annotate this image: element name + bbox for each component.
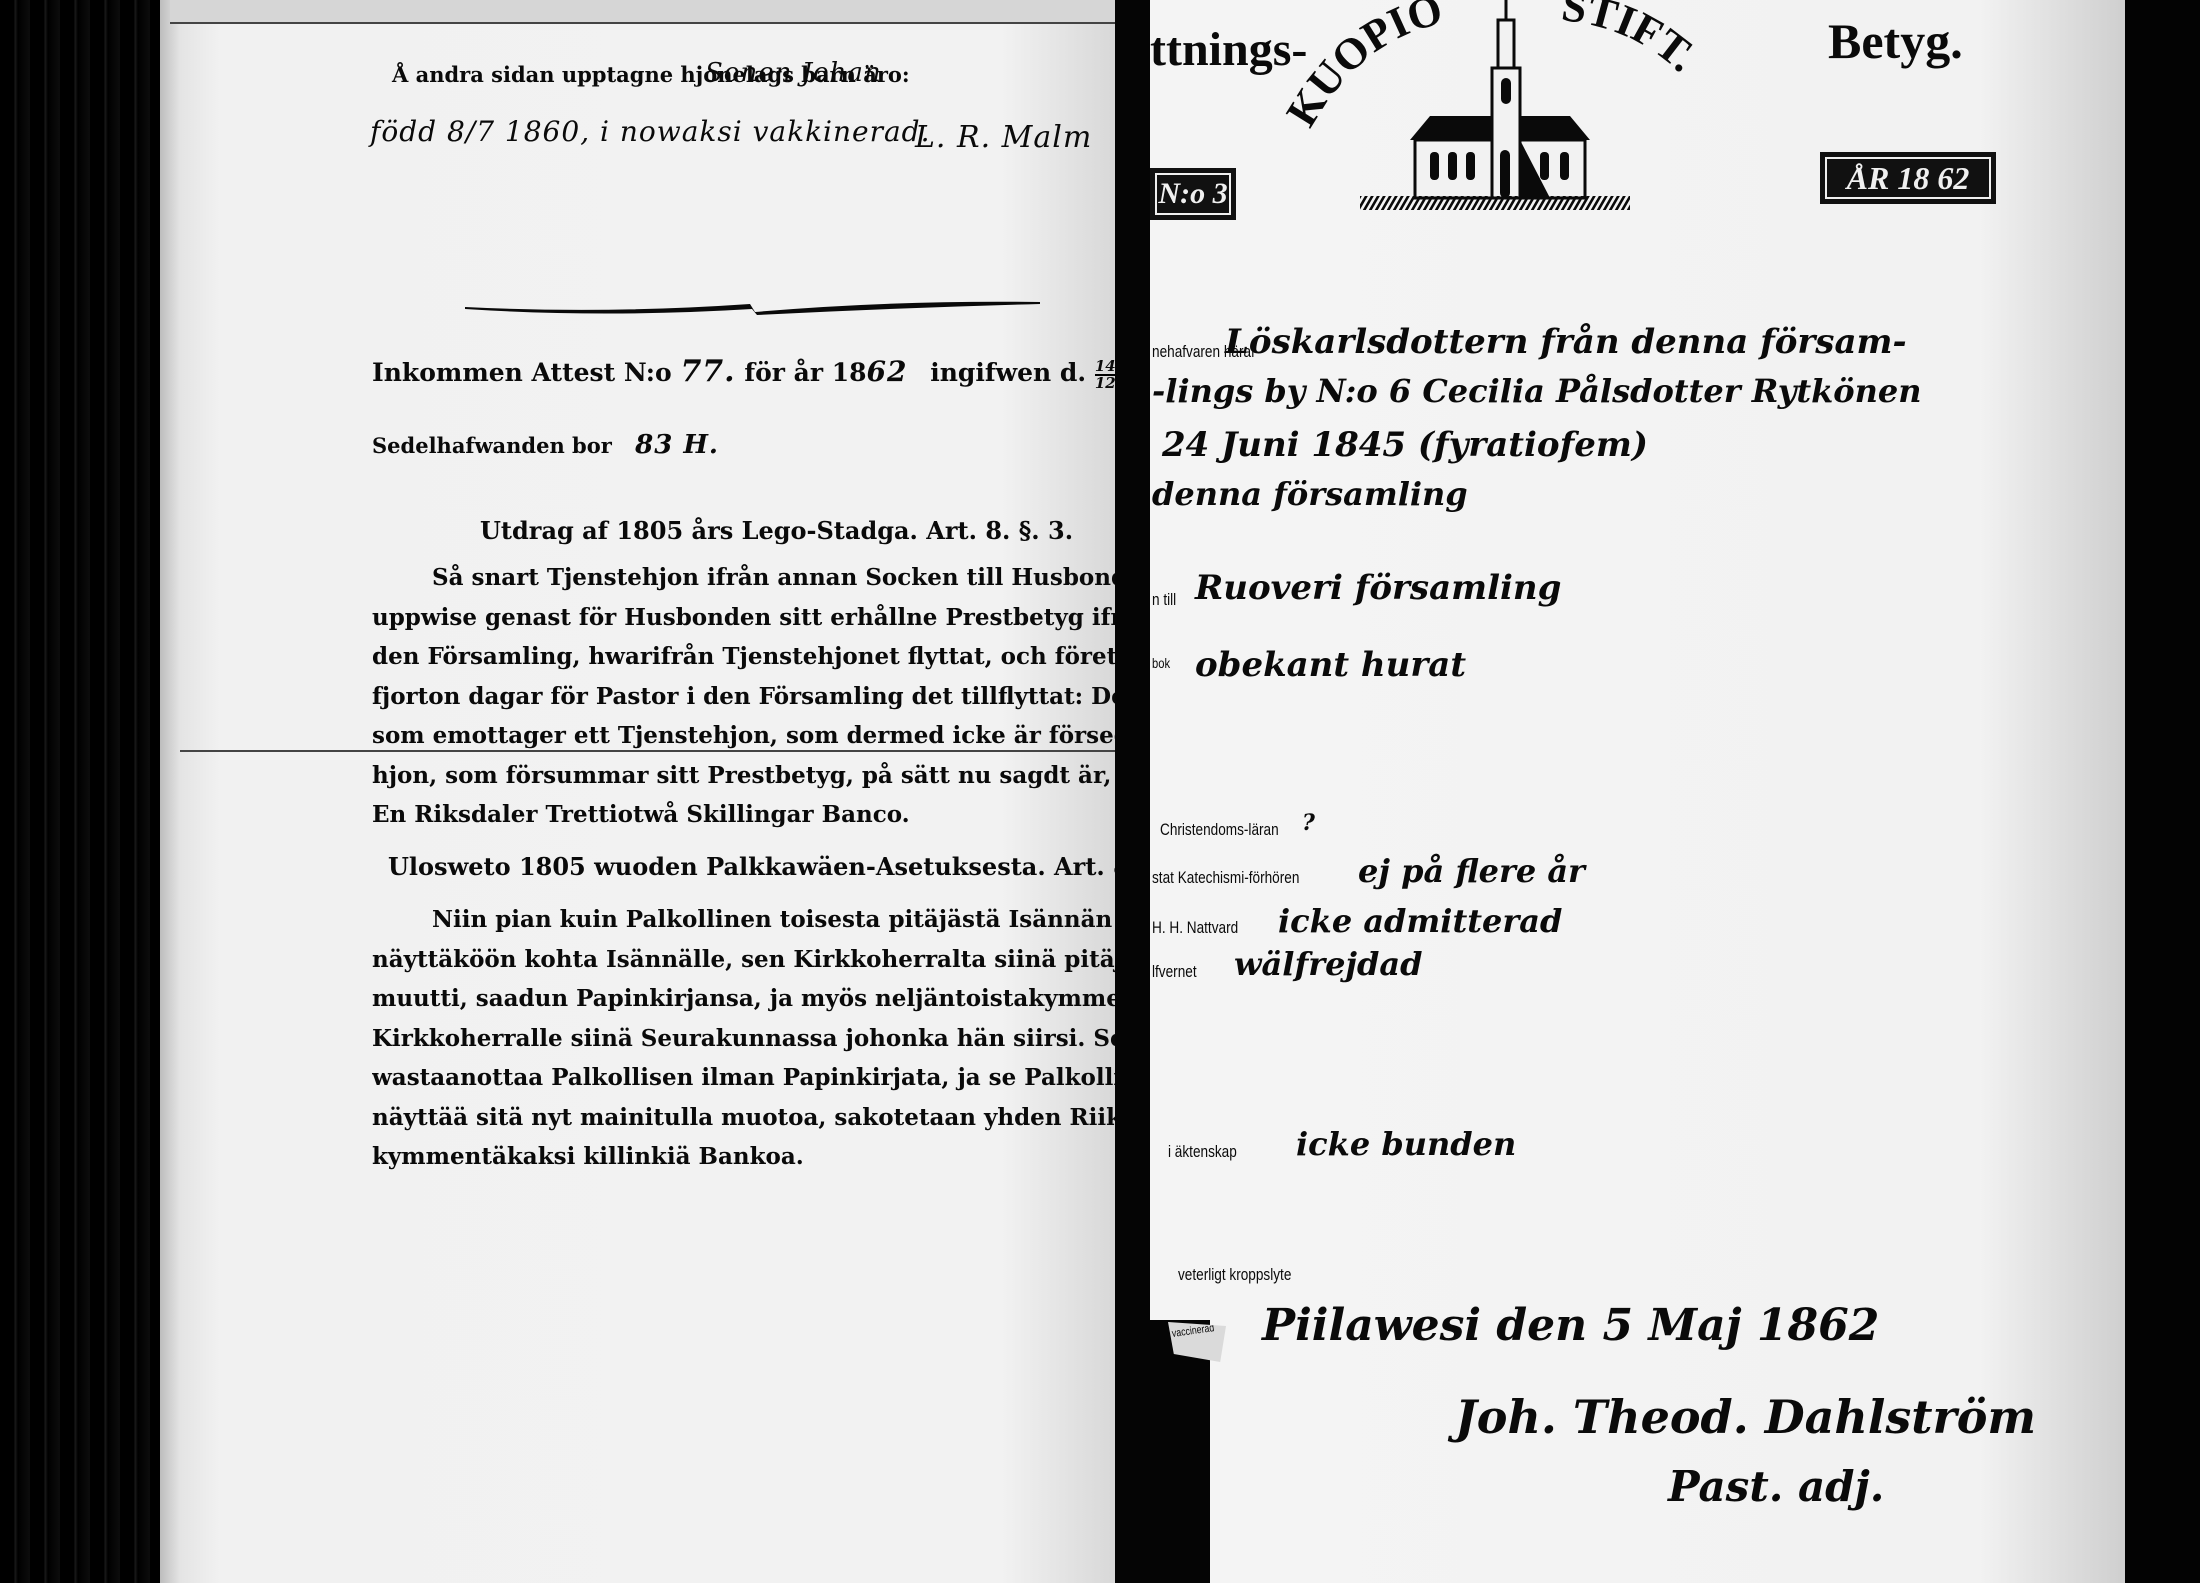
field-value-book: obekant hurat	[1195, 645, 1466, 685]
received-year-label: för år 18	[744, 358, 866, 387]
field-value-catechism: ej på flere år	[1358, 852, 1585, 890]
field-label-moving-to: n till	[1152, 590, 1176, 610]
svg-text:KUOPIO: KUOPIO	[1277, 0, 1448, 135]
field-value-birthplace: denna församling	[1152, 475, 1468, 513]
field-value-bearer: Löskarlsdottern från denna försam-	[1225, 322, 1907, 362]
field-value-communion: icke admitterad	[1278, 902, 1562, 940]
children-handwritten: Sonen Johan	[705, 58, 882, 88]
certificate-number-badge: N:o 3	[1150, 168, 1236, 220]
scan-border-left	[0, 0, 160, 1583]
swedish-excerpt-body: Så snart Tjenstehjon ifrån annan Socken …	[372, 558, 1117, 835]
field-value-christianity: ?	[1302, 810, 1315, 836]
children-signature: L. R. Malm	[915, 120, 1092, 155]
field-label-disability: veterligt kroppslyte	[1178, 1265, 1291, 1285]
field-value-birthdate: 24 Juni 1845 (fyratiofem)	[1162, 425, 1648, 465]
torn-page-corner	[1150, 1320, 1210, 1583]
received-date: 14 12	[1095, 359, 1116, 391]
residence-row: Sedelhafwanden bor 83 H.	[372, 430, 719, 460]
received-attest-row: Inkommen Attest N:o 77. för år 1862 ingi…	[372, 354, 1116, 391]
field-value-village: -lings by N:o 6 Cecilia Pålsdotter Rytkö…	[1152, 372, 1922, 410]
received-date-label: ingifwen d.	[930, 358, 1086, 387]
finnish-excerpt-body: Niin pian kuin Palkollinen toisesta pitä…	[372, 900, 1117, 1177]
field-label-conduct: lfvernet	[1152, 962, 1197, 982]
church-emblem-icon: KUOPIO STIFT.	[1250, 0, 1770, 220]
book-gutter	[1115, 0, 1153, 1583]
closing-signature: Joh. Theod. Dahlström	[1455, 1390, 2036, 1444]
residence-label: Sedelhafwanden bor	[372, 433, 612, 458]
svg-text:STIFT.: STIFT.	[1559, 0, 1708, 81]
page-top-edge	[170, 0, 1115, 24]
title-right: Betyg.	[1828, 12, 1963, 70]
field-value-marriage: icke bunden	[1296, 1125, 1516, 1163]
received-number: 77.	[680, 354, 735, 389]
ornament-divider	[465, 298, 1040, 316]
field-value-moving-to: Ruoveri församling	[1195, 568, 1561, 608]
scan-border-right	[2122, 0, 2200, 1583]
received-label: Inkommen Attest N:o	[372, 358, 672, 387]
finnish-excerpt-heading: Ulosweto 1805 wuoden Palkkawäen-Asetukse…	[388, 852, 1201, 881]
closing-title: Past. adj.	[1668, 1462, 1884, 1511]
field-label-book: bok	[1152, 655, 1170, 671]
field-label-marriage: i äktenskap	[1168, 1142, 1237, 1162]
field-label-christianity: Christendoms-läran	[1160, 820, 1279, 840]
children-handwritten-line2: född 8/7 1860, i nowaksi vakkinerad.	[370, 115, 931, 148]
year-badge: ÅR 18 62	[1820, 152, 1996, 204]
closing-place-date: Piilawesi den 5 Maj 1862	[1262, 1300, 1879, 1351]
field-value-conduct: wälfrejdad	[1234, 945, 1422, 983]
swedish-excerpt-heading: Utdrag af 1805 års Lego-Stadga. Art. 8. …	[480, 516, 1073, 545]
residence-value: 83 H.	[635, 430, 719, 460]
received-year: 62	[867, 355, 908, 388]
field-label-catechism: stat Katechismi-förhören	[1152, 868, 1299, 888]
field-label-communion: H. H. Nattvard	[1152, 918, 1238, 938]
